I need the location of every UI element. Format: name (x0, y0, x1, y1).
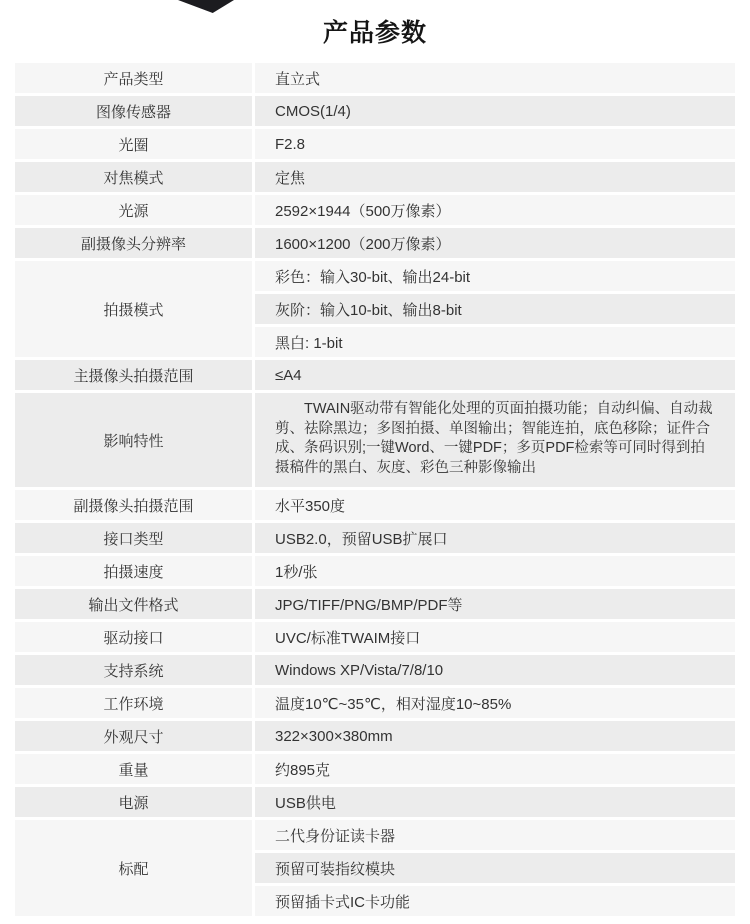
table-row: 副摄像头分辨率 1600×1200（200万像素） (15, 228, 735, 258)
table-row: 对焦模式 定焦 (15, 162, 735, 192)
table-row: 支持系统 Windows XP/Vista/7/8/10 (15, 655, 735, 685)
spec-value: 彩色：输入30-bit、输出24-bit (255, 261, 735, 291)
spec-value: 直立式 (255, 63, 735, 93)
spec-value: 1秒/张 (255, 556, 735, 586)
spec-label-sub-camera-resolution: 副摄像头分辨率 (15, 228, 255, 258)
spec-value: USB供电 (255, 787, 735, 817)
spec-value: 黑白: 1-bit (255, 327, 735, 357)
spec-label-product-type: 产品类型 (15, 63, 255, 93)
table-row: 光源 2592×1944（500万像素） (15, 195, 735, 225)
table-row: 拍摄模式 彩色：输入30-bit、输出24-bit (15, 261, 735, 291)
spec-label-interface-type: 接口类型 (15, 523, 255, 553)
spec-value: 约895克 (255, 754, 735, 784)
spec-label-main-camera-range: 主摄像头拍摄范围 (15, 360, 255, 390)
spec-value: USB2.0，预留USB扩展口 (255, 523, 735, 553)
spec-value: UVC/标准TWAIM接口 (255, 622, 735, 652)
table-row: 驱动接口 UVC/标准TWAIM接口 (15, 622, 735, 652)
spec-value: 预留可装指纹模块 (255, 853, 735, 883)
table-row: 图像传感器 CMOS(1/4) (15, 96, 735, 126)
table-row: 标配 二代身份证读卡器 (15, 820, 735, 850)
page-title: 产品参数 (0, 16, 750, 50)
table-row: 主摄像头拍摄范围 ≤A4 (15, 360, 735, 390)
table-row: 产品类型 直立式 (15, 63, 735, 93)
spec-value: F2.8 (255, 129, 735, 159)
spec-label-image-sensor: 图像传感器 (15, 96, 255, 126)
spec-label-aperture: 光圈 (15, 129, 255, 159)
product-photo-fragment (178, 0, 234, 13)
spec-value: Windows XP/Vista/7/8/10 (255, 655, 735, 685)
spec-label-supported-os: 支持系统 (15, 655, 255, 685)
spec-value-paragraph: TWAIN驱动带有智能化处理的页面拍摄功能；自动纠偏、自动裁剪、祛除黑边；多图拍… (275, 400, 719, 478)
spec-label-light-source: 光源 (15, 195, 255, 225)
spec-label-focus-mode: 对焦模式 (15, 162, 255, 192)
spec-label-working-environment: 工作环境 (15, 688, 255, 718)
spec-label-shooting-speed: 拍摄速度 (15, 556, 255, 586)
table-row: 光圈 F2.8 (15, 129, 735, 159)
spec-label-dimensions: 外观尺寸 (15, 721, 255, 751)
spec-label-sub-camera-range: 副摄像头拍摄范围 (15, 490, 255, 520)
spec-label-standard-accessories: 标配 (15, 820, 255, 916)
spec-value: TWAIN驱动带有智能化处理的页面拍摄功能；自动纠偏、自动裁剪、祛除黑边；多图拍… (255, 393, 735, 487)
table-row: 外观尺寸 322×300×380mm (15, 721, 735, 751)
spec-value: JPG/TIFF/PNG/BMP/PDF等 (255, 589, 735, 619)
table-row: 副摄像头拍摄范围 水平350度 (15, 490, 735, 520)
spec-value: 水平350度 (255, 490, 735, 520)
spec-label-weight: 重量 (15, 754, 255, 784)
spec-label-output-format: 输出文件格式 (15, 589, 255, 619)
spec-value: 预留插卡式IC卡功能 (255, 886, 735, 916)
table-row: 接口类型 USB2.0，预留USB扩展口 (15, 523, 735, 553)
table-row: 输出文件格式 JPG/TIFF/PNG/BMP/PDF等 (15, 589, 735, 619)
table-row: 拍摄速度 1秒/张 (15, 556, 735, 586)
spec-value: 322×300×380mm (255, 721, 735, 751)
table-row: 影响特性 TWAIN驱动带有智能化处理的页面拍摄功能；自动纠偏、自动裁剪、祛除黑… (15, 393, 735, 487)
spec-label-power: 电源 (15, 787, 255, 817)
table-row: 工作环境 温度10℃~35℃，相对湿度10~85% (15, 688, 735, 718)
spec-value: 定焦 (255, 162, 735, 192)
table-row: 电源 USB供电 (15, 787, 735, 817)
spec-value: 2592×1944（500万像素） (255, 195, 735, 225)
spec-value: 灰阶：输入10-bit、输出8-bit (255, 294, 735, 324)
spec-value: ≤A4 (255, 360, 735, 390)
spec-value: 二代身份证读卡器 (255, 820, 735, 850)
spec-label-driver-interface: 驱动接口 (15, 622, 255, 652)
spec-table: 产品类型 直立式 图像传感器 CMOS(1/4) 光圈 F2.8 对焦模式 定焦… (15, 60, 735, 919)
spec-value: CMOS(1/4) (255, 96, 735, 126)
spec-label-image-features: 影响特性 (15, 393, 255, 487)
table-row: 重量 约895克 (15, 754, 735, 784)
spec-label-shooting-mode: 拍摄模式 (15, 261, 255, 357)
spec-value: 1600×1200（200万像素） (255, 228, 735, 258)
spec-value: 温度10℃~35℃，相对湿度10~85% (255, 688, 735, 718)
